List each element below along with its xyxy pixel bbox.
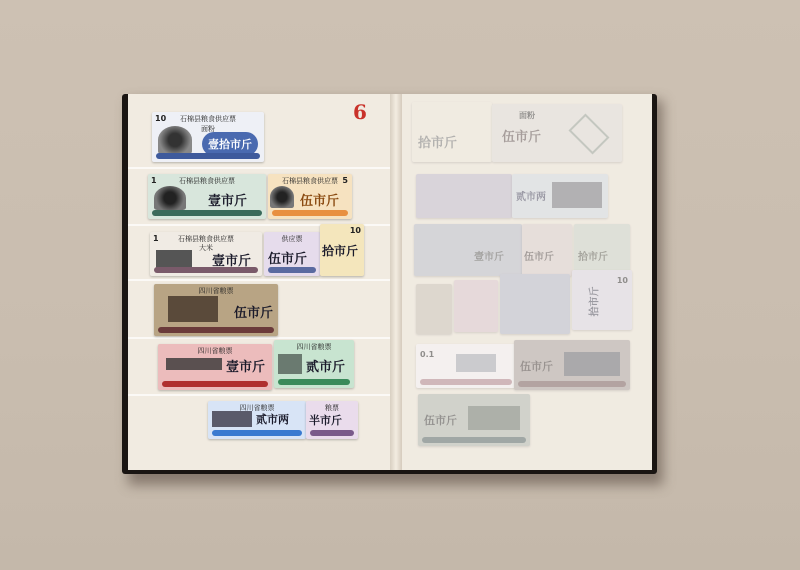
left-page: 6 10 石棉县粮食供应票 面粉 壹拾市斤 1 石棉县粮食供应票 壹市斤 5 石… xyxy=(128,94,390,470)
factory-vignette xyxy=(156,250,192,268)
coupon-sichuan-5jin: 四川省粮票 伍市斤 xyxy=(154,284,278,336)
coupon-10jin-yellow: 10 拾市斤 xyxy=(320,224,364,276)
page-number: 6 xyxy=(353,100,367,124)
coupon-shimian-rice-1jin: 1 石棉县粮食供应票 大米 壹市斤 xyxy=(150,232,262,276)
sleeve-strip xyxy=(128,167,390,169)
coupon-shimian-1jin: 1 石棉县粮食供应票 壹市斤 xyxy=(148,174,266,219)
coupon-5jin-purple: 供应票 伍市斤 xyxy=(264,232,320,276)
wheat-sheaf-emblem xyxy=(154,186,186,210)
wheat-sheaf-emblem xyxy=(158,126,192,154)
factory-vignette xyxy=(168,296,218,322)
coupon-sichuan-2liang: 四川省粮票 贰市两 xyxy=(208,401,306,439)
coupon-half-jin: 粮票 半市斤 xyxy=(306,401,358,439)
coupon-sichuan-2jin: 四川省粮票 贰市斤 xyxy=(274,340,354,388)
glassine-sleeve xyxy=(402,94,652,470)
train-vignette xyxy=(166,358,222,370)
album-spine xyxy=(390,94,402,470)
sleeve-strip xyxy=(128,394,390,396)
sleeve-strip xyxy=(128,337,390,339)
coupon-sichuan-1jin: 四川省粮票 壹市斤 xyxy=(158,344,272,390)
coupon-shimian-5jin: 5 石棉县粮食供应票 伍市斤 xyxy=(268,174,352,219)
wheat-sheaf-emblem xyxy=(270,186,294,208)
sleeve-strip xyxy=(128,279,390,281)
landscape-vignette xyxy=(278,354,302,374)
landscape-vignette xyxy=(212,411,252,427)
coupon-album: 6 10 石棉县粮食供应票 面粉 壹拾市斤 1 石棉县粮食供应票 壹市斤 5 石… xyxy=(122,94,657,474)
coupon-shimian-10jin: 10 石棉县粮食供应票 面粉 壹拾市斤 xyxy=(152,112,264,162)
right-page: 拾市斤 面粉 伍市斤 贰市两 壹市斤 伍市斤 拾市斤 xyxy=(402,94,652,470)
